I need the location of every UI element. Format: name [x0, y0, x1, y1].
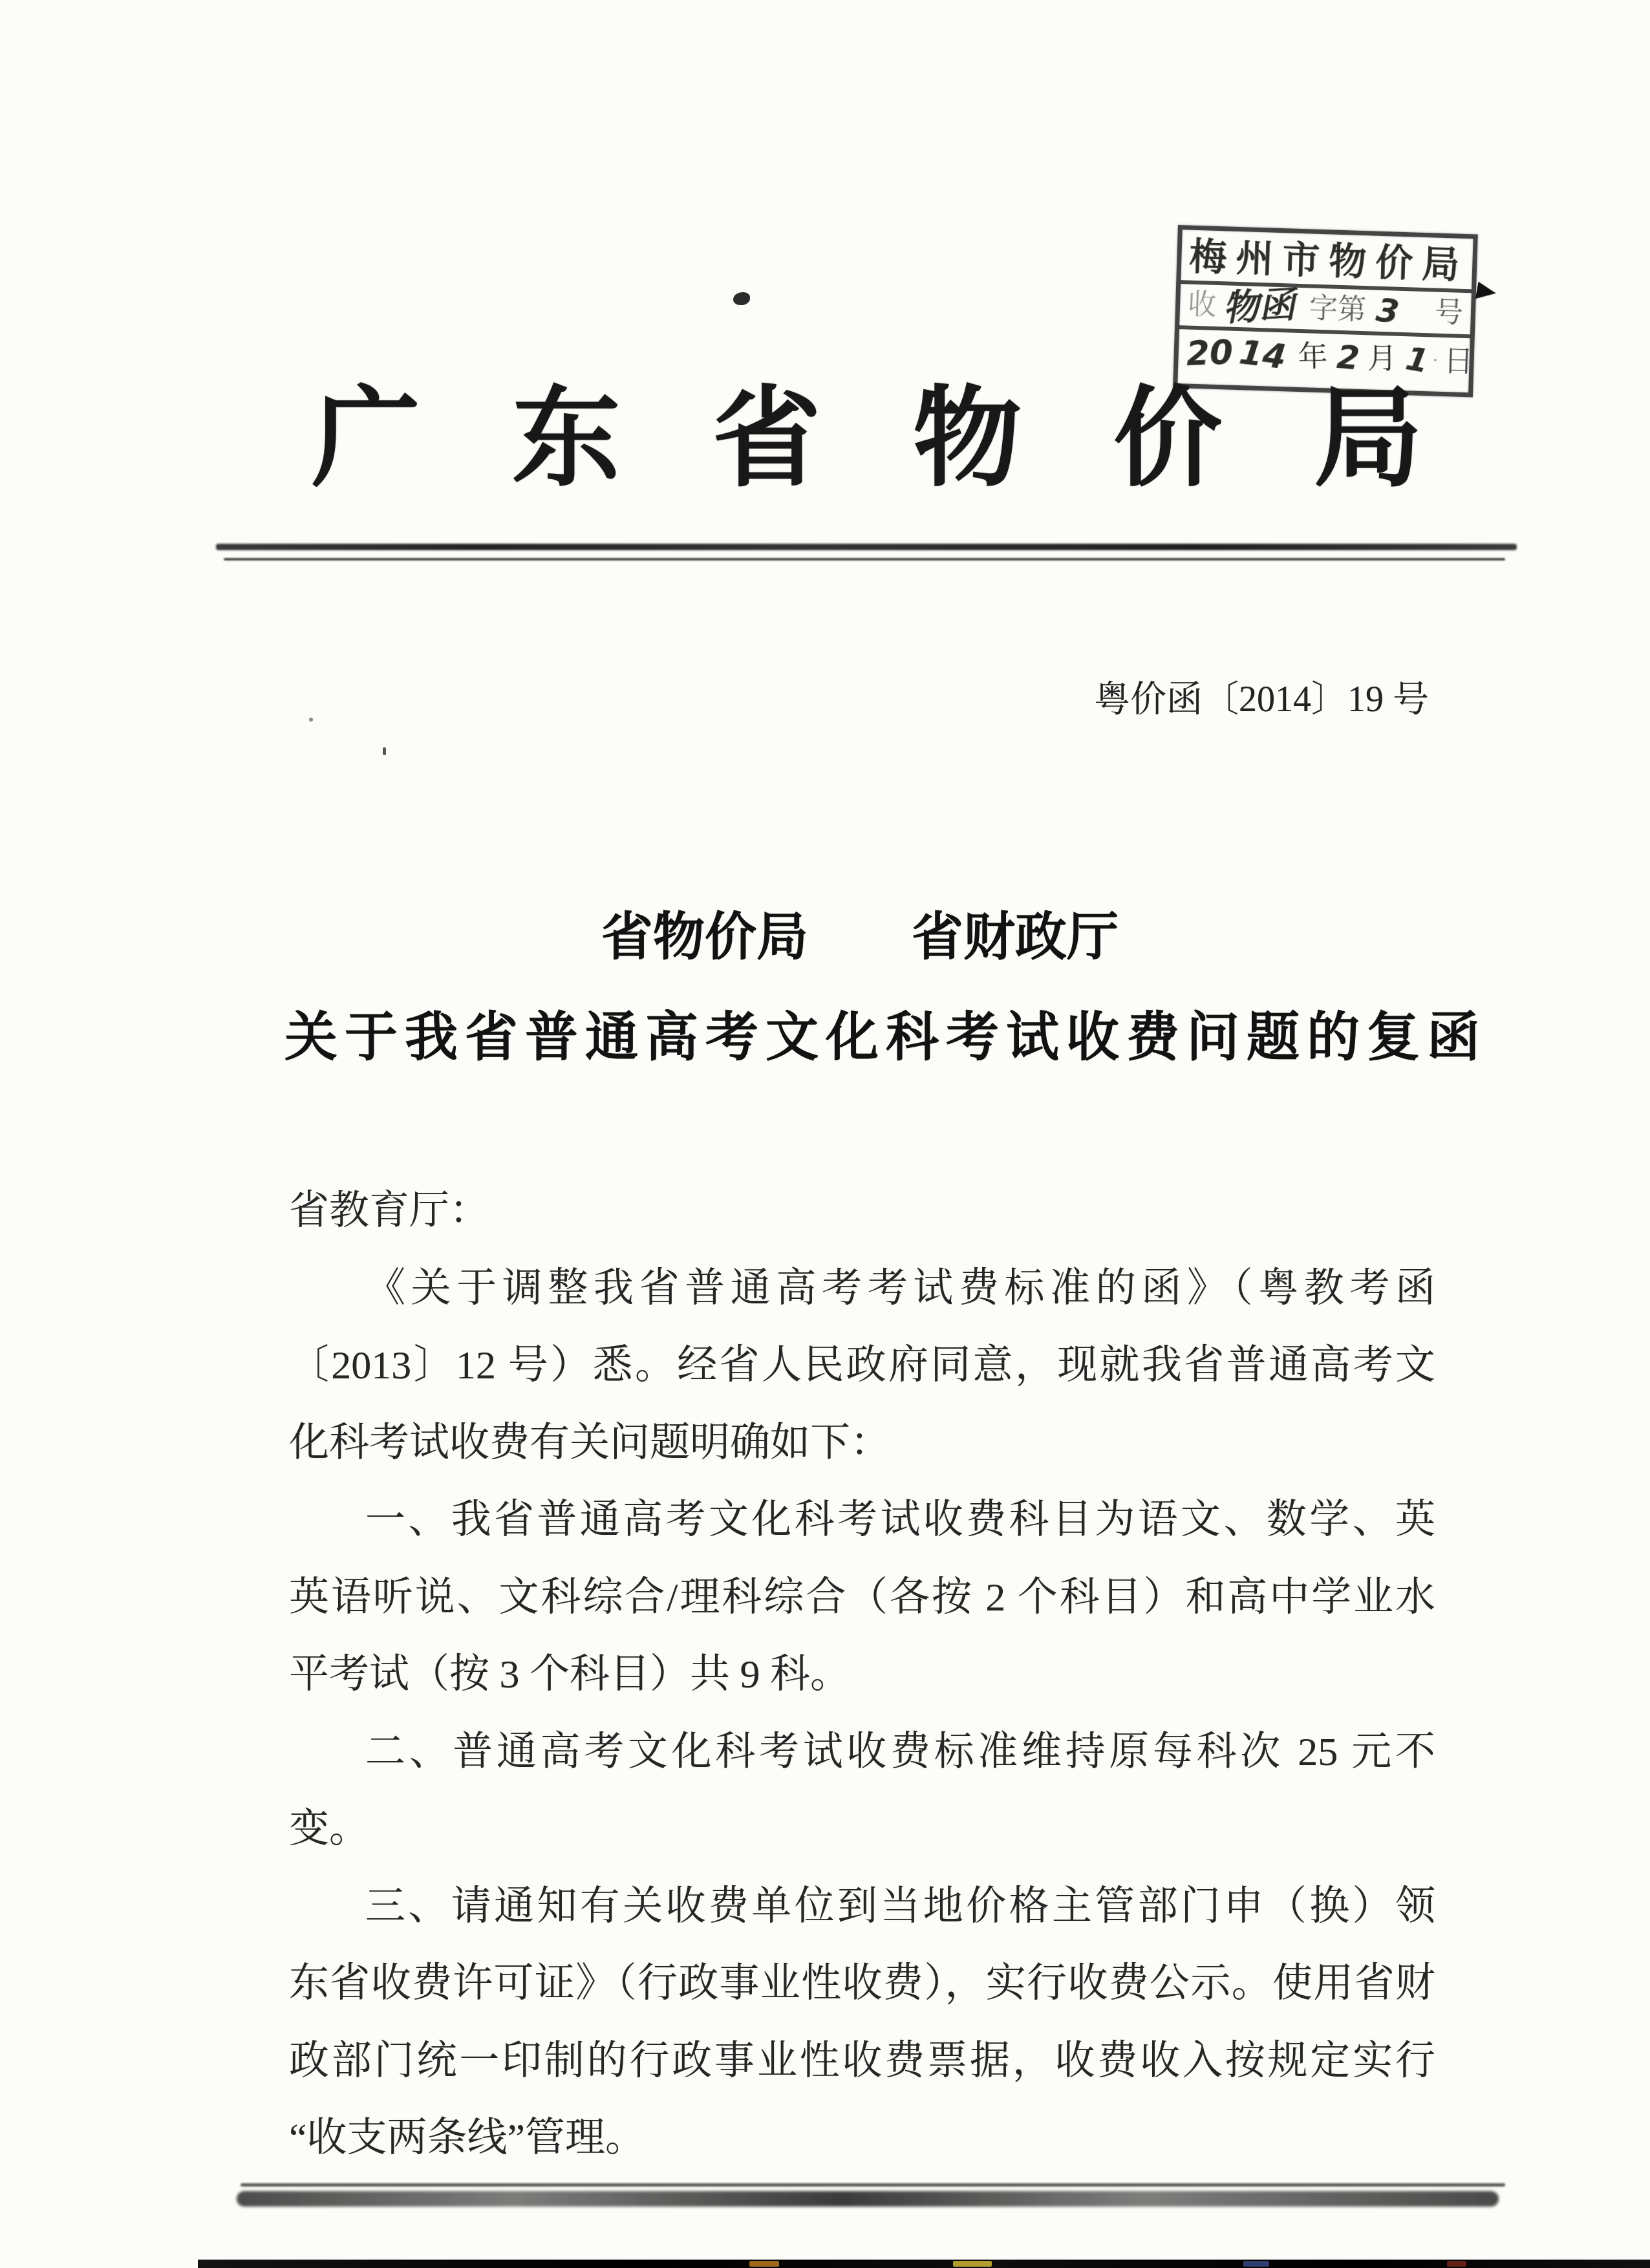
body-line: “收支两条线”管理。: [289, 2100, 1435, 2177]
stamp-date-part: ·: [1431, 337, 1439, 383]
body-line: 〔2013〕12 号）悉。经省人民政府同意，现就我省普通高考文: [289, 1327, 1435, 1405]
scan-edge-fleck: [1447, 2261, 1466, 2267]
scan-edge-fleck: [953, 2261, 992, 2267]
body-line: 三、请通知有关收费单位到当地价格主管部门申（换）领《广: [289, 1868, 1435, 1946]
body-line: 变。: [289, 1791, 1435, 1868]
scan-smudge-line: [241, 2183, 1505, 2187]
stamp-handwritten-number: 3: [1373, 287, 1402, 335]
stamp-date-part: 月: [1367, 336, 1397, 382]
masthead-rule-thin: [224, 558, 1505, 561]
stamp-date-part: 2: [1334, 334, 1361, 382]
scan-smudge-band: [237, 2191, 1499, 2207]
body-line: 英语听说、文科综合/理科综合（各按 2 个科目）和高中学业水: [289, 1559, 1435, 1637]
stamp-register-prefix: 收: [1187, 284, 1217, 328]
body-line: 化科考试收费有关问题明确如下：: [289, 1405, 1435, 1482]
document-reference-number: 粤价函〔2014〕19 号: [776, 679, 1429, 720]
body-line: 一、我省普通高考文化科考试收费科目为语文、数学、英语、: [289, 1482, 1435, 1559]
body-line: 政部门统一印制的行政事业性收费票据，收费收入按规定实行: [289, 2023, 1435, 2101]
scan-edge-strip: [198, 2260, 1650, 2268]
stamp-handwritten-category: 物函: [1221, 284, 1296, 332]
body-line: 二、普通高考文化科考试收费标准维持原每科次 25 元不: [289, 1714, 1435, 1792]
scan-ink-dot: [733, 292, 750, 305]
scan-speck: [383, 747, 386, 755]
body-line: 《关于调整我省普通高考考试费标准的函》（粤教考函: [289, 1250, 1435, 1328]
stamp-register-label: 字第: [1309, 286, 1367, 333]
stamp-office-name: 梅州市物价局: [1181, 230, 1473, 293]
scanned-official-letter-page: 梅州市物价局 收 物函 字第 3 号 20 14 年 2 月 1 · 日 广东省…: [0, 0, 1650, 2268]
scan-speck: [309, 718, 313, 722]
masthead-rule-thick: [216, 544, 1517, 550]
stamp-date-part: 1: [1402, 335, 1432, 385]
scan-edge-fleck: [1243, 2261, 1269, 2267]
stamp-date-part: 20: [1185, 329, 1234, 378]
document-title-issuers: 省物价局 省财政厅: [291, 908, 1429, 967]
stamp-number-suffix: 号: [1434, 290, 1464, 336]
agency-masthead-title: 广东省物价局: [312, 385, 1514, 494]
body-salutation: 省教育厅：: [289, 1173, 1435, 1250]
document-title-subject: 关于我省普通高考文化科考试收费问题的复函: [284, 1007, 1487, 1068]
stamp-ink-arrow-mark: [1475, 282, 1497, 303]
body-line: 平考试（按 3 个科目）共 9 科。: [289, 1636, 1435, 1714]
stamp-date-part: 14: [1237, 329, 1289, 381]
stamp-date-part: 日: [1443, 337, 1470, 385]
scan-edge-fleck: [749, 2261, 779, 2267]
receipt-stamp-box: 梅州市物价局 收 物函 字第 3 号 20 14 年 2 月 1 · 日: [1173, 225, 1478, 397]
stamp-date-line: 20 14 年 2 月 1 · 日: [1178, 329, 1470, 385]
letter-body: 省教育厅： 《关于调整我省普通高考考试费标准的函》（粤教考函 〔2013〕12 …: [289, 1173, 1435, 2177]
stamp-date-part: 年: [1298, 333, 1328, 380]
body-line: 东省收费许可证》（行政事业性收费），实行收费公示。使用省财: [289, 1945, 1435, 2023]
